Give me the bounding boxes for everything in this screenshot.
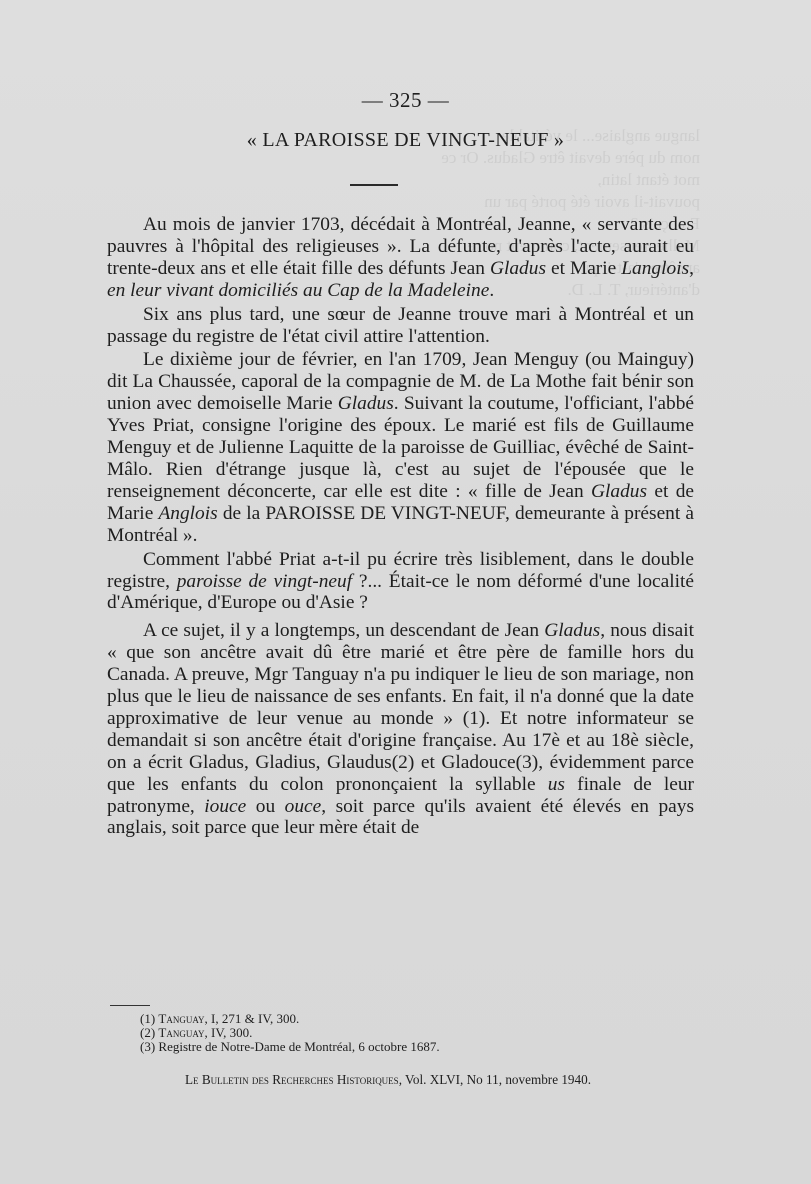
italic-emphasis: Gladus	[490, 258, 546, 279]
italic-emphasis: Gladus	[544, 620, 600, 641]
article-body: Au mois de janvier 1703, décédait à Mont…	[107, 214, 694, 839]
italic-emphasis: Anglois	[158, 503, 217, 524]
article-title: « LA PAROISSE DE VINGT-NEUF »	[0, 129, 811, 152]
journal-citation: Le Bulletin des Recherches Historiques, …	[185, 1072, 591, 1088]
footnote-divider	[110, 1005, 150, 1006]
italic-emphasis: paroisse de vingt-neuf	[177, 571, 352, 592]
italic-emphasis: Gladus	[591, 481, 647, 502]
paragraph: Six ans plus tard, une sœur de Jeanne tr…	[107, 304, 694, 348]
footnote-item: (2) Tanguay, IV, 300.	[140, 1026, 440, 1040]
footnote-text: , IV, 300.	[205, 1025, 253, 1040]
journal-name: Le Bulletin des Recherches Historiques	[185, 1072, 399, 1087]
footnote-number: (1)	[140, 1011, 155, 1026]
footnote-number: (2)	[140, 1025, 155, 1040]
paragraph: Au mois de janvier 1703, décédait à Mont…	[107, 214, 694, 302]
footnote-author: Tanguay	[158, 1025, 204, 1040]
footnote-author: Tanguay	[158, 1011, 204, 1026]
paragraph: A ce sujet, il y a longtemps, un descend…	[107, 620, 694, 839]
italic-emphasis: Langlois	[621, 258, 689, 279]
italic-emphasis: Gladus	[338, 393, 394, 414]
footnote-text: Registre de Notre-Dame de Montréal, 6 oc…	[158, 1039, 439, 1054]
footnote-item: (1) Tanguay, I, 271 & IV, 300.	[140, 1012, 440, 1026]
italic-emphasis: ouce	[285, 796, 322, 817]
journal-details: , Vol. XLVI, No 11, novembre 1940.	[399, 1072, 591, 1087]
footnotes: (1) Tanguay, I, 271 & IV, 300. (2) Tangu…	[140, 1012, 440, 1054]
document-page: langue anglaise... le véritable nom du p…	[0, 0, 811, 1184]
page-number: — 325 —	[0, 88, 811, 113]
paragraph: Comment l'abbé Priat a-t-il pu écrire tr…	[107, 549, 694, 615]
paragraph: Le dixième jour de février, en l'an 1709…	[107, 349, 694, 546]
italic-emphasis: us	[548, 774, 565, 795]
italic-emphasis: en leur vivant domiciliés au Cap de la M…	[107, 280, 489, 301]
title-divider	[350, 184, 398, 186]
footnote-item: (3) Registre de Notre-Dame de Montréal, …	[140, 1040, 440, 1054]
footnote-text: , I, 271 & IV, 300.	[205, 1011, 300, 1026]
footnote-number: (3)	[140, 1039, 155, 1054]
italic-emphasis: iouce	[204, 796, 246, 817]
